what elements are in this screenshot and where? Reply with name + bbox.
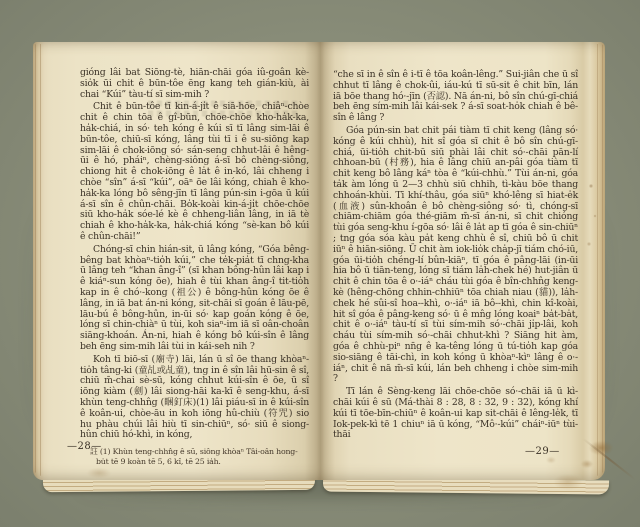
right-page-text: “che sī in ê sîn ê i-tī ê tōa koân-lêng.…: [333, 70, 578, 443]
paragraph: gióng lâi bat Siōng-tè, hiān-chāi góa iû…: [80, 68, 309, 100]
book-gutter: [305, 42, 335, 480]
paragraph: Koh tī biō-sī (廟寺) lāi, lán ū sî ōe than…: [80, 355, 309, 441]
paragraph: Chóng-sī chin hián-sit, ū lâng kóng, “Gó…: [80, 245, 309, 353]
paragraph: Chit ê būn-tôe tī kin-á-ji̍t ê siā-hōe, …: [80, 102, 309, 242]
left-page-number: —28—: [67, 441, 102, 452]
stain-right-edge-specks: [580, 174, 604, 260]
paragraph: Góa pún-sin bat chit pái tiàm tī chit ke…: [333, 126, 578, 385]
right-page-fore-edge: [595, 44, 605, 476]
stain-bottom-left: [81, 462, 121, 484]
left-page-text: gióng lâi bat Siōng-tè, hiān-chāi góa iû…: [80, 68, 309, 466]
open-book: gióng lâi bat Siōng-tè, hiān-chāi góa iû…: [33, 42, 605, 494]
photo-background: gióng lâi bat Siōng-tè, hiān-chāi góa iû…: [0, 0, 640, 527]
stain-bottom-right: [538, 432, 613, 492]
paragraph: “che sī in ê sîn ê i-tī ê tōa koân-lêng.…: [333, 70, 578, 124]
left-page-fore-edge: [33, 44, 45, 476]
